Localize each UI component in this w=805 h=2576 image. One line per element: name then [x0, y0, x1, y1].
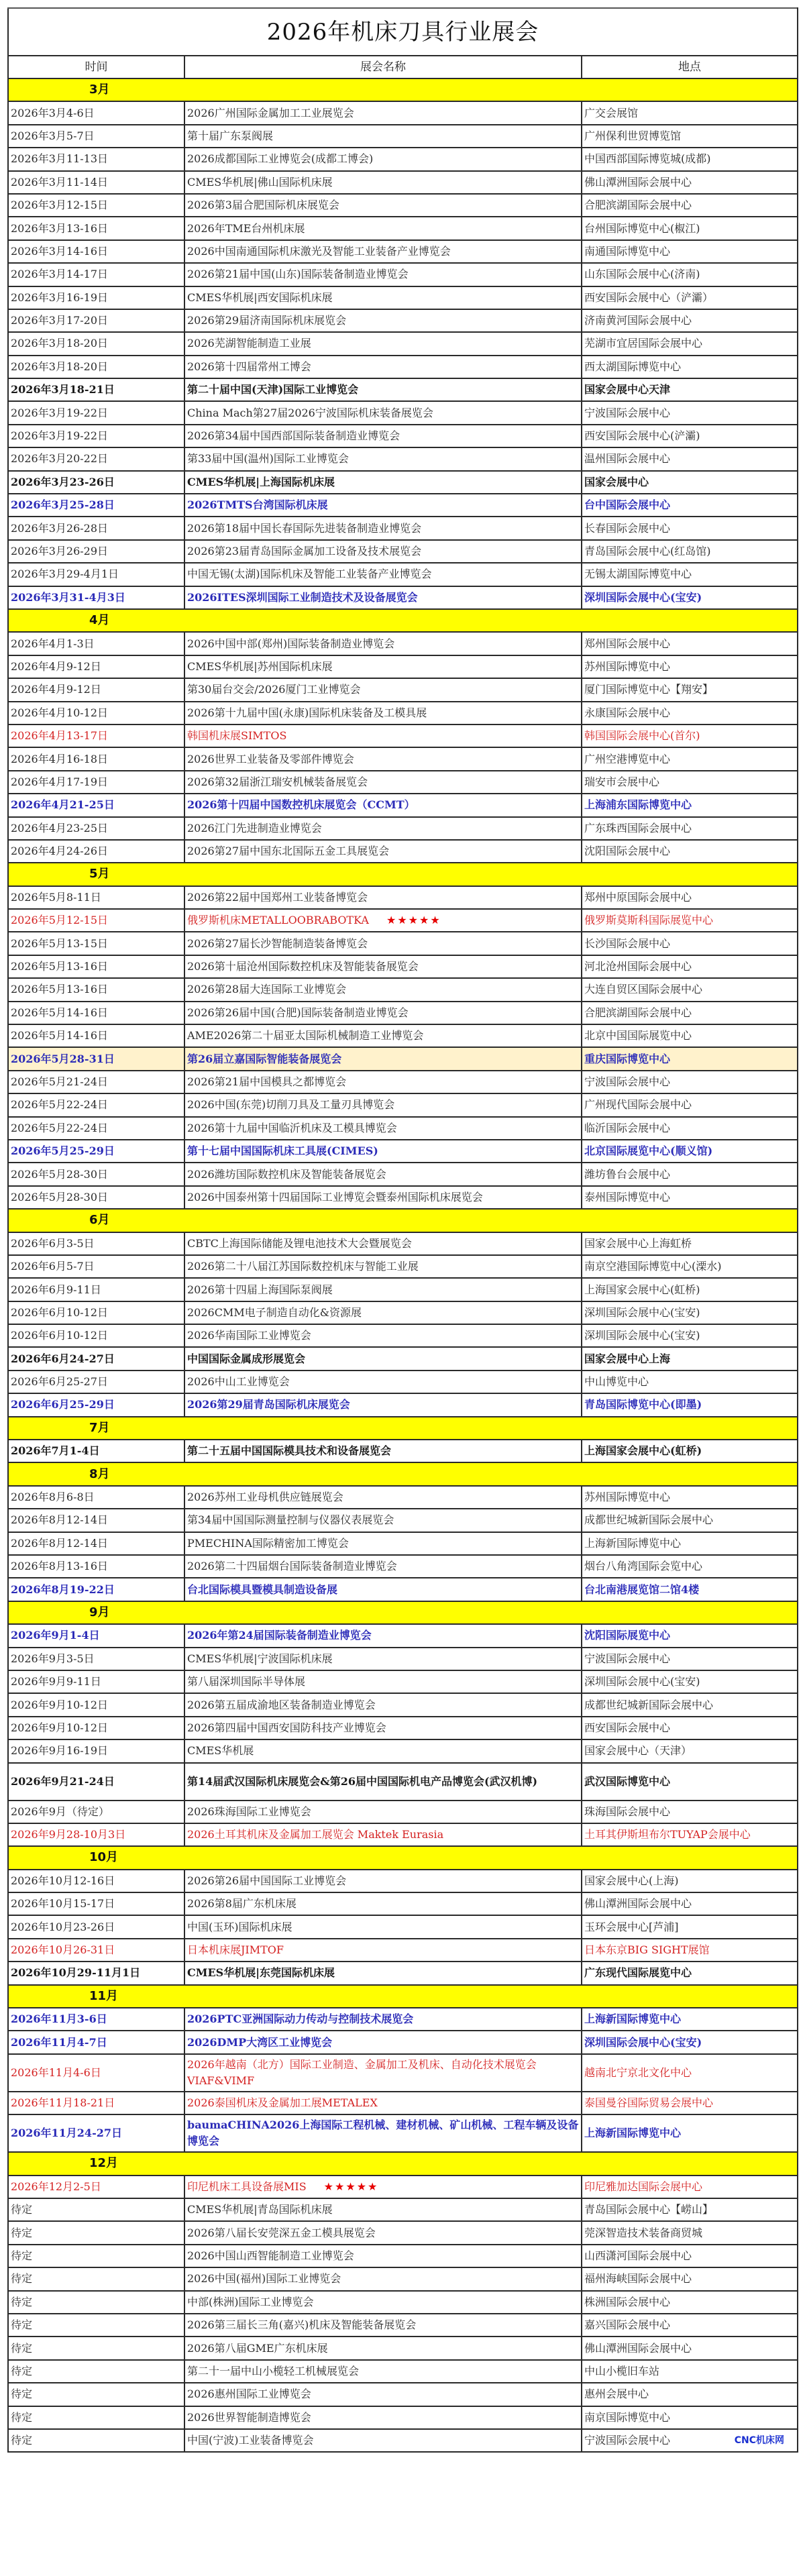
expo-date: 2026年3月18-20日: [8, 356, 184, 378]
expo-venue: 上海新国际博览中心: [584, 2012, 681, 2025]
expo-venue: 郑州中原国际会展中心: [584, 891, 692, 904]
table-row: 2026年9月28-10月3日2026土耳其机床及金属加工展览会 Maktek …: [8, 1823, 798, 1846]
expo-venue: 长沙国际会展中心: [584, 937, 670, 950]
expo-name: 2026第26届中国(合肥)国际装备制造业博览会: [187, 1006, 409, 1019]
expo-venue-cell: 南京空港国际博览中心(溧水): [582, 1255, 798, 1278]
expo-venue: 国家会展中心天津: [584, 383, 670, 396]
expo-venue-cell: 长沙国际会展中心: [582, 932, 798, 955]
expo-venue: 莞深智造技术装备商贸城: [584, 2226, 702, 2239]
expo-name-cell: 2026成都国际工业博览会(成都工博会): [184, 148, 582, 170]
expo-venue: 惠州会展中心: [584, 2387, 649, 2400]
expo-venue-cell: 嘉兴国际会展中心: [582, 2314, 798, 2337]
table-row: 2026年5月22-24日2026第十九届中国临沂机床及工模具博览会临沂国际会展…: [8, 1117, 798, 1140]
expo-name-cell: 中部(株洲)国际工业博览会: [184, 2291, 582, 2314]
expo-venue-cell: 北京中国国际展览中心: [582, 1024, 798, 1047]
expo-date: 2026年3月17-20日: [8, 309, 184, 332]
expo-venue-cell: 宁波国际会展中心CNC机床网: [582, 2429, 798, 2452]
month-label: 6月: [8, 1209, 798, 1232]
expo-name: 印尼机床工具设备展MIS: [187, 2180, 307, 2193]
expo-venue-cell: 无锡太湖国际博览中心: [582, 563, 798, 586]
expo-date: 2026年6月10-12日: [8, 1324, 184, 1347]
expo-name: CMES华机展|东莞国际机床展: [187, 1966, 335, 1979]
expo-venue: 沈阳国际展览中心: [584, 1629, 670, 1642]
expo-date: 2026年4月21-25日: [8, 794, 184, 816]
expo-name: 第二十五届中国国际模具技术和设备展览会: [187, 1444, 391, 1457]
expo-date: 待定: [8, 2429, 184, 2452]
expo-name-cell: 2026年越南（北方）国际工业制造、金属加工及机床、自动化技术展览会VIAF&V…: [184, 2054, 582, 2092]
expo-date: 待定: [8, 2337, 184, 2359]
expo-name: 2026ITES深圳国际工业制造技术及设备展览会: [187, 591, 418, 604]
expo-venue-cell: 台州国际博览中心(椒江): [582, 217, 798, 239]
month-label: 8月: [8, 1462, 798, 1485]
expo-name: AME2026第二十届亚太国际机械制造工业博览会: [187, 1029, 423, 1042]
table-row: 2026年4月13-17日韩国机床展SIMTOS韩国国际会展中心(首尔): [8, 724, 798, 747]
expo-date: 2026年6月24-27日: [8, 1347, 184, 1370]
expo-venue: 土耳其伊斯坦布尔TUYAP会展中心: [584, 1828, 751, 1841]
expo-name: 2026第8届广东机床展: [187, 1897, 297, 1910]
expo-date: 2026年8月12-14日: [8, 1509, 184, 1532]
table-row: 2026年9月3-5日CMES华机展|宁波国际机床展宁波国际会展中心: [8, 1648, 798, 1670]
expo-date: 2026年7月1-4日: [8, 1440, 184, 1462]
expo-name: 第14届武汉国际机床展览会&第26届中国国际机电产品博览会(武汉机博): [187, 1775, 537, 1788]
expo-venue-cell: 上海新国际博览中心: [582, 2008, 798, 2031]
month-label: 12月: [8, 2152, 798, 2175]
table-row: 2026年9月10-12日2026第五届成渝地区装备制造业博览会成都世纪城新国际…: [8, 1693, 798, 1716]
cnc-logo: CNC机床网: [735, 2434, 784, 2447]
expo-date: 2026年6月25-29日: [8, 1393, 184, 1416]
expo-name-cell: 2026第十九届中国(永康)国际机床装备及工模具展: [184, 702, 582, 724]
expo-venue-cell: 沈阳国际会展中心: [582, 840, 798, 863]
expo-name-cell: 2026第五届成渝地区装备制造业博览会: [184, 1693, 582, 1716]
expo-name-cell: 2026ITES深圳国际工业制造技术及设备展览会: [184, 586, 582, 609]
expo-venue: 深圳国际会展中心(宝安): [584, 2036, 702, 2049]
expo-date: 2026年4月13-17日: [8, 724, 184, 747]
expo-name-cell: 第34届中国国际测量控制与仪器仪表展览会: [184, 1509, 582, 1532]
expo-date: 2026年4月9-12日: [8, 678, 184, 701]
expo-venue-cell: 山西潇河国际会展中心: [582, 2245, 798, 2267]
expo-date: 2026年3月19-22日: [8, 401, 184, 424]
expo-name: 2026芜湖智能制造工业展: [187, 337, 311, 350]
expo-venue-cell: 上海新国际博览中心: [582, 1532, 798, 1555]
expo-name-cell: 俄罗斯机床METALLOOBRABOTKA★★★★★: [184, 909, 582, 932]
table-row: 2026年9月21-24日第14届武汉国际机床展览会&第26届中国国际机电产品博…: [8, 1763, 798, 1801]
expo-name: 第34届中国国际测量控制与仪器仪表展览会: [187, 1513, 394, 1526]
expo-venue-cell: 深圳国际会展中心(宝安): [582, 1670, 798, 1693]
expo-date: 2026年4月24-26日: [8, 840, 184, 863]
table-row: 待定CMES华机展|青岛国际机床展青岛国际会展中心【崂山】: [8, 2198, 798, 2221]
expo-venue: 郑州国际会展中心: [584, 637, 670, 650]
expo-venue-cell: 中山博览中心: [582, 1371, 798, 1393]
table-row: 2026年5月14-16日2026第26届中国(合肥)国际装备制造业博览会合肥滨…: [8, 1002, 798, 1024]
expo-date: 2026年5月22-24日: [8, 1093, 184, 1116]
expo-name-cell: 2026第十届沧州国际数控机床及智能装备展览会: [184, 955, 582, 978]
expo-name-cell: China Mach第27届2026宁波国际机床装备展览会: [184, 401, 582, 424]
expo-name: PMECHINA国际精密加工博览会: [187, 1537, 349, 1550]
table-row: 2026年9月1-4日2026年第24届国际装备制造业博览会沈阳国际展览中心: [8, 1624, 798, 1647]
expo-venue: 国家会展中心上海: [584, 1352, 670, 1365]
expo-name: 2026第十四届中国数控机床展览会（CCMT）: [187, 798, 415, 811]
table-row: 2026年5月8-11日2026第22届中国郑州工业装备博览会郑州中原国际会展中…: [8, 886, 798, 909]
expo-venue: 南京国际博览中心: [584, 2411, 670, 2424]
expo-venue: 泰州国际博览中心: [584, 1191, 670, 1203]
expo-date: 2026年12月2-5日: [8, 2176, 184, 2198]
expo-date: 2026年3月26-28日: [8, 517, 184, 539]
expo-name: CMES华机展|青岛国际机床展: [187, 2203, 333, 2216]
expo-name: 2026第十届沧州国际数控机床及智能装备展览会: [187, 960, 419, 973]
expo-venue: 南通国际博览中心: [584, 245, 670, 258]
expo-name: 2026世界智能制造博览会: [187, 2411, 311, 2424]
expo-name: 2026年TME台州机床展: [187, 222, 305, 235]
expo-name: CMES华机展|上海国际机床展: [187, 476, 335, 488]
month-label: 11月: [8, 1985, 798, 2008]
table-row: 2026年5月14-16日AME2026第二十届亚太国际机械制造工业博览会北京中…: [8, 1024, 798, 1047]
table-row: 2026年10月23-26日中国(玉环)国际机床展玉环会展中心[芦浦]: [8, 1915, 798, 1938]
table-row: 2026年11月3-6日2026PTC亚洲国际动力传动与控制技术展览会上海新国际…: [8, 2008, 798, 2031]
expo-venue: 西安国际会展中心（浐灞）: [584, 291, 713, 304]
expo-date: 2026年3月4-6日: [8, 101, 184, 124]
expo-venue: 武汉国际博览中心: [584, 1775, 670, 1788]
expo-venue: 越南北宁京北文化中心: [584, 2066, 692, 2079]
expo-date: 2026年10月26-31日: [8, 1939, 184, 1962]
expo-name-cell: CMES华机展|宁波国际机床展: [184, 1648, 582, 1670]
expo-name-cell: 第八届深圳国际半导体展: [184, 1670, 582, 1693]
expo-date: 2026年11月4-6日: [8, 2054, 184, 2092]
expo-venue-cell: 中山小榄旧车站: [582, 2360, 798, 2383]
expo-venue: 西太湖国际博览中心: [584, 360, 681, 373]
expo-venue-cell: 永康国际会展中心: [582, 702, 798, 724]
expo-venue-cell: 青岛国际会展中心【崂山】: [582, 2198, 798, 2221]
expo-name-cell: 2026第29届济南国际机床展览会: [184, 309, 582, 332]
expo-venue-cell: 莞深智造技术装备商贸城: [582, 2221, 798, 2244]
expo-date: 待定: [8, 2245, 184, 2267]
column-header-name: 展会名称: [184, 56, 582, 78]
table-row: 2026年5月28-30日2026潍坊国际数控机床及智能装备展览会潍坊鲁台会展中…: [8, 1163, 798, 1185]
expo-name-cell: 2026第3届合肥国际机床展览会: [184, 194, 582, 217]
expo-venue: 厦门国际博览中心【翔安】: [584, 683, 713, 696]
expo-name: 2026第29届济南国际机床展览会: [187, 314, 346, 327]
expo-venue: 宁波国际会展中心: [584, 407, 670, 419]
expo-venue-cell: 重庆国际博览中心: [582, 1047, 798, 1070]
table-row: 2026年10月15-17日2026第8届广东机床展佛山潭洲国际会展中心: [8, 1892, 798, 1915]
expo-name-cell: 2026PTC亚洲国际动力传动与控制技术展览会: [184, 2008, 582, 2031]
expo-date: 2026年3月20-22日: [8, 447, 184, 470]
expo-name-cell: 2026中山工业博览会: [184, 1371, 582, 1393]
expo-date: 2026年6月9-11日: [8, 1278, 184, 1301]
expo-venue: 合肥滨湖国际会展中心: [584, 1006, 692, 1019]
expo-venue-cell: 烟台八角湾国际会览中心: [582, 1555, 798, 1578]
expo-venue: 印尼雅加达国际会展中心: [584, 2180, 702, 2193]
expo-name-cell: 2026第26届中国(合肥)国际装备制造业博览会: [184, 1002, 582, 1024]
expo-name-cell: baumaCHINA2026上海国际工程机械、建材机械、矿山机械、工程车辆及设备…: [184, 2114, 582, 2152]
table-row: 2026年9月9-11日第八届深圳国际半导体展深圳国际会展中心(宝安): [8, 1670, 798, 1693]
expo-table: 2026年机床刀具行业展会 时间 展会名称 地点 3月2026年3月4-6日20…: [7, 7, 798, 2453]
table-row: 待定2026第三届长三角(嘉兴)机床及智能装备展览会嘉兴国际会展中心: [8, 2314, 798, 2337]
expo-venue-cell: 广州现代国际会展中心: [582, 1093, 798, 1116]
table-row: 2026年4月9-12日第30届台交会/2026厦门工业博览会厦门国际博览中心【…: [8, 678, 798, 701]
expo-venue: 佛山潭洲国际会展中心: [584, 1897, 692, 1910]
table-row: 2026年3月26-29日2026第23届青岛国际金属加工设备及技术展览会青岛国…: [8, 540, 798, 563]
expo-venue: 无锡太湖国际博览中心: [584, 568, 692, 580]
expo-venue-cell: 瑞安市会展中心: [582, 771, 798, 794]
expo-venue: 中国西部国际博览城(成都): [584, 152, 711, 165]
expo-name: 2026年越南（北方）国际工业制造、金属加工及机床、自动化技术展览会VIAF&V…: [187, 2058, 537, 2087]
expo-name: 2026中国南通国际机床激光及智能工业装备产业博览会: [187, 245, 451, 258]
expo-venue: 成都世纪城新国际会展中心: [584, 1699, 713, 1711]
table-row: 2026年4月24-26日2026第27届中国东北国际五金工具展览会沈阳国际会展…: [8, 840, 798, 863]
expo-date: 2026年8月13-16日: [8, 1555, 184, 1578]
expo-venue: 青岛国际博览中心(即墨): [584, 1398, 702, 1411]
expo-name-cell: 2026中国南通国际机床激光及智能工业装备产业博览会: [184, 240, 582, 263]
expo-venue: 国家会展中心上海虹桥: [584, 1237, 692, 1250]
table-row: 2026年5月28-31日第26届立嘉国际智能装备展览会重庆国际博览中心: [8, 1047, 798, 1070]
table-row: 2026年3月11-13日2026成都国际工业博览会(成都工博会)中国西部国际博…: [8, 148, 798, 170]
expo-date: 2026年4月17-19日: [8, 771, 184, 794]
expo-name: 2026TMTS台湾国际机床展: [187, 498, 328, 511]
table-row: 2026年5月13-15日2026第27届长沙智能制造装备博览会长沙国际会展中心: [8, 932, 798, 955]
table-row: 2026年4月1-3日2026中国中部(郑州)国际装备制造业博览会郑州国际会展中…: [8, 632, 798, 655]
table-row: 2026年5月25-29日第十七届中国国际机床工具展(CIMES)北京国际展览中…: [8, 1140, 798, 1163]
expo-name-cell: CMES华机展|上海国际机床展: [184, 471, 582, 494]
expo-venue: 广交会展馆: [584, 107, 638, 119]
month-label: 5月: [8, 863, 798, 885]
expo-venue: 长春国际会展中心: [584, 522, 670, 535]
expo-venue: 台中国际会展中心: [584, 498, 670, 511]
expo-venue: 西安国际会展中心(浐灞): [584, 429, 700, 442]
expo-name: 中部(株洲)国际工业博览会: [187, 2296, 314, 2308]
expo-name-cell: 第十七届中国国际机床工具展(CIMES): [184, 1140, 582, 1163]
expo-date: 2026年3月18-20日: [8, 332, 184, 355]
expo-date: 2026年3月26-29日: [8, 540, 184, 563]
table-row: 2026年3月14-17日2026第21届中国(山东)国际装备制造业博览会山东国…: [8, 263, 798, 286]
column-header-venue: 地点: [582, 56, 798, 78]
expo-name-cell: 2026第22届中国郑州工业装备博览会: [184, 886, 582, 909]
expo-date: 2026年8月6-8日: [8, 1486, 184, 1509]
expo-venue-cell: 郑州国际会展中心: [582, 632, 798, 655]
expo-venue: 潍坊鲁台会展中心: [584, 1168, 670, 1181]
expo-name: 2026第二十四届烟台国际装备制造业博览会: [187, 1560, 397, 1572]
expo-venue: 合肥滨湖国际会展中心: [584, 199, 692, 211]
expo-date: 待定: [8, 2360, 184, 2383]
expo-venue-cell: 越南北宁京北文化中心: [582, 2054, 798, 2092]
expo-venue-cell: 国家会展中心上海: [582, 1347, 798, 1370]
month-row: 7月: [8, 1417, 798, 1440]
expo-name: 2026中国山西智能制造工业博览会: [187, 2249, 354, 2262]
expo-name: 2026第27届中国东北国际五金工具展览会: [187, 845, 389, 857]
expo-venue-cell: 西太湖国际博览中心: [582, 356, 798, 378]
table-row: 2026年3月5-7日第十届广东泵阀展广州保利世贸博览馆: [8, 125, 798, 148]
expo-date: 待定: [8, 2291, 184, 2314]
expo-venue: 福州海峡国际会展中心: [584, 2272, 692, 2285]
expo-name-cell: 2026第27届中国东北国际五金工具展览会: [184, 840, 582, 863]
expo-venue-cell: 佛山潭洲国际会展中心: [582, 2337, 798, 2359]
expo-name: 2026第3届合肥国际机床展览会: [187, 199, 339, 211]
table-row: 2026年3月12-15日2026第3届合肥国际机床展览会合肥滨湖国际会展中心: [8, 194, 798, 217]
expo-date: 2026年3月11-13日: [8, 148, 184, 170]
expo-name-cell: 2026第34届中国西部国际装备制造业博览会: [184, 425, 582, 447]
expo-venue-cell: 国家会展中心天津: [582, 378, 798, 401]
expo-venue-cell: 沈阳国际展览中心: [582, 1624, 798, 1647]
expo-venue: 深圳国际会展中心(宝安): [584, 591, 702, 604]
expo-name-cell: CMES华机展|东莞国际机床展: [184, 1962, 582, 1984]
expo-venue-cell: 宁波国际会展中心: [582, 1648, 798, 1670]
expo-name-cell: 2026华南国际工业博览会: [184, 1324, 582, 1347]
table-row: 2026年3月18-20日2026芜湖智能制造工业展芜湖市宜居国际会展中心: [8, 332, 798, 355]
expo-name-cell: AME2026第二十届亚太国际机械制造工业博览会: [184, 1024, 582, 1047]
table-row: 待定第二十一届中山小榄轻工机械展览会中山小榄旧车站: [8, 2360, 798, 2383]
expo-venue: 北京中国国际展览中心: [584, 1029, 692, 1042]
table-row: 2026年4月9-12日CMES华机展|苏州国际机床展苏州国际博览中心: [8, 655, 798, 678]
expo-date: 待定: [8, 2221, 184, 2244]
table-row: 待定2026惠州国际工业博览会惠州会展中心: [8, 2383, 798, 2406]
expo-name-cell: 2026第18届中国长春国际先进装备制造业博览会: [184, 517, 582, 539]
table-row: 2026年9月10-12日2026第四届中国西安国防科技产业博览会西安国际会展中…: [8, 1717, 798, 1739]
expo-venue-cell: 武汉国际博览中心: [582, 1763, 798, 1801]
expo-name-cell: 日本机床展JIMTOF: [184, 1939, 582, 1962]
expo-venue: 广东珠西国际会展中心: [584, 822, 692, 835]
month-row: 10月: [8, 1846, 798, 1869]
table-row: 2026年3月16-19日CMES华机展|西安国际机床展西安国际会展中心（浐灞）: [8, 286, 798, 309]
expo-name-cell: 2026CMM电子制造自动化&资源展: [184, 1301, 582, 1324]
expo-date: 2026年3月11-14日: [8, 171, 184, 194]
table-row: 2026年6月25-27日2026中山工业博览会中山博览中心: [8, 1371, 798, 1393]
expo-date: 2026年3月5-7日: [8, 125, 184, 148]
expo-name: 中国(宁波)工业装备博览会: [187, 2434, 314, 2447]
table-row: 2026年4月23-25日2026江门先进制造业博览会广东珠西国际会展中心: [8, 817, 798, 840]
expo-venue: 上海新国际博览中心: [584, 2127, 681, 2139]
expo-name-cell: 中国(玉环)国际机床展: [184, 1915, 582, 1938]
expo-date: 2026年10月12-16日: [8, 1870, 184, 1892]
expo-date: 2026年5月8-11日: [8, 886, 184, 909]
expo-venue: 深圳国际会展中心(宝安): [584, 1329, 700, 1342]
expo-name: CMES华机展|佛山国际机床展: [187, 176, 333, 189]
expo-name: 2026第27届长沙智能制造装备博览会: [187, 937, 368, 950]
expo-venue: 大连自贸区国际会展中心: [584, 983, 702, 996]
expo-venue-cell: 宁波国际会展中心: [582, 1071, 798, 1093]
expo-venue: 宁波国际会展中心: [584, 2434, 670, 2447]
expo-venue-cell: 潍坊鲁台会展中心: [582, 1163, 798, 1185]
expo-venue-cell: 上海国家会展中心(虹桥): [582, 1440, 798, 1462]
expo-venue: 深圳国际会展中心(宝安): [584, 1675, 700, 1688]
expo-name-cell: 2026年第24届国际装备制造业博览会: [184, 1624, 582, 1647]
table-row: 2026年3月18-21日第二十届中国(天津)国际工业博览会国家会展中心天津: [8, 378, 798, 401]
expo-name-cell: 2026第三届长三角(嘉兴)机床及智能装备展览会: [184, 2314, 582, 2337]
star-rating-icon: ★★★★★: [324, 2180, 379, 2193]
expo-date: 2026年3月31-4月3日: [8, 586, 184, 609]
expo-name: 2026中国泰州第十四届国际工业博览会暨泰州国际机床展览会: [187, 1191, 483, 1203]
expo-date: 2026年9月1-4日: [8, 1624, 184, 1647]
expo-name: CMES华机展|宁波国际机床展: [187, 1652, 333, 1665]
expo-name-cell: 2026苏州工业母机供应链展览会: [184, 1486, 582, 1509]
table-row: 2026年3月25-28日2026TMTS台湾国际机床展台中国际会展中心: [8, 494, 798, 517]
expo-date: 2026年5月21-24日: [8, 1071, 184, 1093]
expo-name-cell: 第26届立嘉国际智能装备展览会: [184, 1047, 582, 1070]
expo-name-cell: 第二十一届中山小榄轻工机械展览会: [184, 2360, 582, 2383]
expo-venue-cell: 合肥滨湖国际会展中心: [582, 194, 798, 217]
expo-name: 2026潍坊国际数控机床及智能装备展览会: [187, 1168, 386, 1181]
expo-venue-cell: 济南黄河国际会展中心: [582, 309, 798, 332]
expo-name: 第八届深圳国际半导体展: [187, 1675, 305, 1688]
expo-name: 2026第八届长安莞深五金工模具展览会: [187, 2226, 376, 2239]
expo-venue-cell: 郑州中原国际会展中心: [582, 886, 798, 909]
expo-name: CBTC上海国际储能及锂电池技术大会暨展览会: [187, 1237, 412, 1250]
expo-name-cell: 印尼机床工具设备展MIS★★★★★: [184, 2176, 582, 2198]
expo-name-cell: 第二十届中国(天津)国际工业博览会: [184, 378, 582, 401]
expo-venue-cell: 宁波国际会展中心: [582, 401, 798, 424]
expo-name-cell: 2026第28届大连国际工业博览会: [184, 978, 582, 1001]
expo-venue: 日本东京BIG SIGHT展馆: [584, 1943, 710, 1956]
expo-venue: 玉环会展中心[芦浦]: [584, 1921, 679, 1933]
expo-date: 2026年4月16-18日: [8, 747, 184, 770]
expo-date: 2026年5月13-16日: [8, 955, 184, 978]
expo-date: 2026年5月22-24日: [8, 1117, 184, 1140]
expo-venue-cell: 泰国曼谷国际贸易会展中心: [582, 2092, 798, 2114]
table-row: 2026年10月29-11月1日CMES华机展|东莞国际机床展广东现代国际展览中…: [8, 1962, 798, 1984]
expo-name: 2026第八届GME广东机床展: [187, 2342, 328, 2355]
expo-name-cell: 中国国际金属成形展览会: [184, 1347, 582, 1370]
expo-venue: 宁波国际会展中心: [584, 1652, 670, 1665]
expo-date: 2026年3月23-26日: [8, 471, 184, 494]
table-row: 2026年3月17-20日2026第29届济南国际机床展览会济南黄河国际会展中心: [8, 309, 798, 332]
table-row: 2026年3月11-14日CMES华机展|佛山国际机床展佛山潭洲国际会展中心: [8, 171, 798, 194]
expo-name-cell: 2026第四届中国西安国防科技产业博览会: [184, 1717, 582, 1739]
month-label: 3月: [8, 78, 798, 101]
expo-name-cell: 中国无锡(太湖)国际机床及智能工业装备产业博览会: [184, 563, 582, 586]
expo-name: China Mach第27届2026宁波国际机床装备展览会: [187, 407, 433, 419]
expo-venue-cell: 西安国际会展中心(浐灞): [582, 425, 798, 447]
table-row: 2026年5月13-16日2026第28届大连国际工业博览会大连自贸区国际会展中…: [8, 978, 798, 1001]
expo-date: 待定: [8, 2383, 184, 2406]
expo-name-cell: 2026土耳其机床及金属加工展览会 Maktek Eurasia: [184, 1823, 582, 1846]
expo-name-cell: 第14届武汉国际机床展览会&第26届中国国际机电产品博览会(武汉机博): [184, 1763, 582, 1801]
expo-name-cell: 2026第27届长沙智能制造装备博览会: [184, 932, 582, 955]
expo-date: 2026年5月14-16日: [8, 1024, 184, 1047]
expo-name: 第二十一届中山小榄轻工机械展览会: [187, 2365, 359, 2377]
expo-venue: 国家会展中心（天津）: [584, 1744, 692, 1757]
expo-venue: 佛山潭洲国际会展中心: [584, 176, 692, 189]
expo-date: 2026年6月10-12日: [8, 1301, 184, 1324]
table-row: 待定2026中国山西智能制造工业博览会山西潇河国际会展中心: [8, 2245, 798, 2267]
expo-venue: 成都世纪城新国际会展中心: [584, 1513, 713, 1526]
table-row: 2026年3月13-16日2026年TME台州机床展台州国际博览中心(椒江): [8, 217, 798, 239]
expo-date: 2026年3月18-21日: [8, 378, 184, 401]
expo-name-cell: 2026世界工业装备及零部件博览会: [184, 747, 582, 770]
header-row: 时间 展会名称 地点: [8, 56, 798, 78]
expo-venue-cell: 土耳其伊斯坦布尔TUYAP会展中心: [582, 1823, 798, 1846]
expo-date: 2026年11月4-7日: [8, 2031, 184, 2053]
expo-venue-cell: 株洲国际会展中心: [582, 2291, 798, 2314]
expo-name-cell: CMES华机展|西安国际机床展: [184, 286, 582, 309]
expo-name: 2026第23届青岛国际金属加工设备及技术展览会: [187, 545, 421, 557]
table-row: 2026年6月5-7日2026第二十八届江苏国际数控机床与智能工业展南京空港国际…: [8, 1255, 798, 1278]
expo-venue: 宁波国际会展中心: [584, 1075, 670, 1088]
expo-name-cell: 2026世界智能制造博览会: [184, 2406, 582, 2429]
table-row: 待定中部(株洲)国际工业博览会株洲国际会展中心: [8, 2291, 798, 2314]
expo-venue-cell: 上海浦东国际博览中心: [582, 794, 798, 816]
expo-venue-cell: 南京国际博览中心: [582, 2406, 798, 2429]
expo-venue: 烟台八角湾国际会览中心: [584, 1560, 702, 1572]
expo-venue-cell: 深圳国际会展中心(宝安): [582, 2031, 798, 2053]
expo-venue: 临沂国际会展中心: [584, 1122, 670, 1134]
expo-name: 2026第26届中国国际工业博览会: [187, 1874, 346, 1887]
expo-name-cell: 2026第21届中国模具之都博览会: [184, 1071, 582, 1093]
expo-venue-cell: 中国西部国际博览城(成都): [582, 148, 798, 170]
table-row: 2026年3月14-16日2026中国南通国际机床激光及智能工业装备产业博览会南…: [8, 240, 798, 263]
expo-name: CMES华机展|西安国际机床展: [187, 291, 333, 304]
expo-name: 日本机床展JIMTOF: [187, 1943, 284, 1956]
expo-venue: 广东现代国际展览中心: [584, 1966, 692, 1979]
expo-name-cell: 2026珠海国际工业博览会: [184, 1801, 582, 1823]
table-row: 2026年8月12-14日PMECHINA国际精密加工博览会上海新国际博览中心: [8, 1532, 798, 1555]
